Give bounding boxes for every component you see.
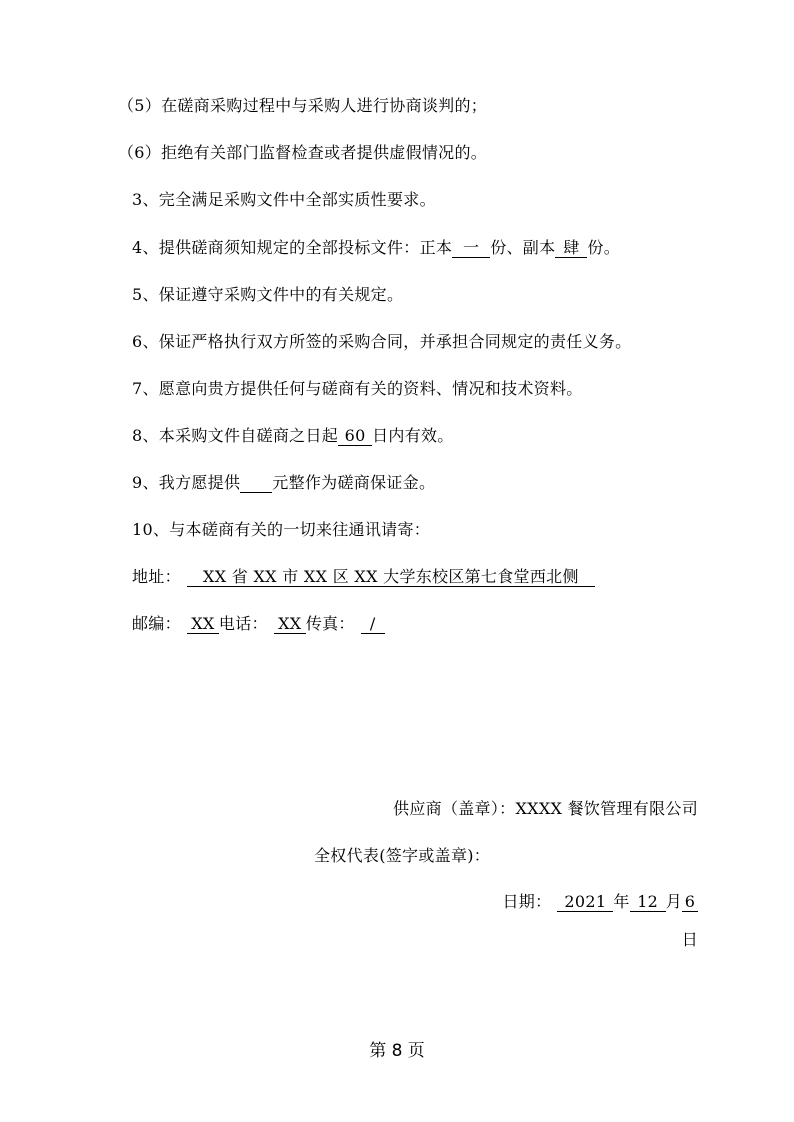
fax-label: 传真： <box>306 614 355 633</box>
year-unit: 年 <box>613 892 629 911</box>
phone-label: 电话： <box>219 614 268 633</box>
year-field: 2021 <box>557 893 613 912</box>
item-7: 7、愿意向贵方提供任何与磋商有关的资料、情况和技术资料。 <box>132 379 583 399</box>
item-5: 5、保证遵守采购文件中的有关规定。 <box>132 285 403 305</box>
postcode-field: XX <box>187 615 219 634</box>
deposit-amount-field <box>240 474 272 493</box>
postcode-label: 邮编： <box>132 614 181 633</box>
phone-field: XX <box>274 615 306 634</box>
item-8-suffix: 日内有效。 <box>372 426 454 445</box>
day-unit: 日 <box>682 930 698 950</box>
date-label: 日期： <box>502 892 551 911</box>
original-count-field: 一 <box>452 239 490 258</box>
clause-5: （5）在磋商采购过程中与采购人进行协商谈判的； <box>118 96 487 116</box>
date-line: 日期：2021年12月6 <box>502 892 698 912</box>
representative-signature: 全权代表(签字或盖章)： <box>314 846 490 866</box>
validity-days-field: 60 <box>338 427 372 446</box>
address-field: XX 省 XX 市 XX 区 XX 大学东校区第七食堂西北侧 <box>187 568 595 587</box>
item-6: 6、保证严格执行双方所签的采购合同，并承担合同规定的责任义务。 <box>132 332 631 352</box>
address-label: 地址： <box>132 567 181 586</box>
supplier-seal: 供应商（盖章）：XXXX 餐饮管理有限公司 <box>393 799 698 819</box>
item-9: 9、我方愿提供元整作为磋商保证金。 <box>132 473 435 493</box>
item-4-mid: 份、副本 <box>490 238 555 257</box>
copy-count-field: 肆 <box>555 239 587 258</box>
clause-6: （6）拒绝有关部门监督检查或者提供虚假情况的。 <box>118 143 487 163</box>
item-10: 10、与本磋商有关的一切来往通讯请寄： <box>132 520 430 540</box>
fax-field: / <box>361 615 385 634</box>
item-4: 4、提供磋商须知规定的全部投标文件：正本一份、副本肆份。 <box>132 238 620 258</box>
day-field: 6 <box>682 893 698 912</box>
item-4-suffix: 份。 <box>587 238 620 257</box>
item-8: 8、本采购文件自磋商之日起60日内有效。 <box>132 426 454 446</box>
item-4-prefix: 4、提供磋商须知规定的全部投标文件：正本 <box>132 238 452 257</box>
month-field: 12 <box>630 893 666 912</box>
item-9-suffix: 元整作为磋商保证金。 <box>272 473 435 492</box>
item-3: 3、完全满足采购文件中全部实质性要求。 <box>132 190 436 210</box>
contact-line: 邮编：XX电话：XX传真：/ <box>132 614 385 634</box>
month-unit: 月 <box>666 892 682 911</box>
item-9-prefix: 9、我方愿提供 <box>132 473 240 492</box>
item-8-prefix: 8、本采购文件自磋商之日起 <box>132 426 338 445</box>
page-number: 第 8 页 <box>0 1036 794 1061</box>
address-line: 地址：XX 省 XX 市 XX 区 XX 大学东校区第七食堂西北侧 <box>132 567 595 587</box>
